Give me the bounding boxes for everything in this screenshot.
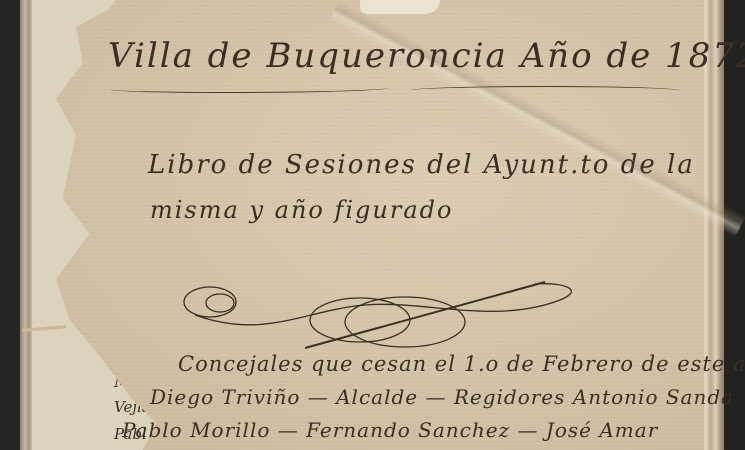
body-line-3: Pablo Morillo — Fernando Sanchez — José …	[122, 418, 658, 442]
body-line-1: Concejales que cesan el 1.o de Febrero d…	[178, 352, 745, 376]
subtitle-line-2: misma y año figurado	[150, 196, 453, 224]
subtitle-line-1: Libro de Sesiones del Ayunt.to de la	[148, 150, 695, 180]
calligraphic-flourish	[165, 270, 585, 350]
body-line-2: Diego Triviño — Alcalde — Regidores Anto…	[150, 385, 734, 409]
document-title: Villa de Buqueroncia Año de 1872	[108, 36, 745, 76]
title-underline-flourish	[410, 86, 680, 95]
torn-corner	[360, 0, 440, 14]
